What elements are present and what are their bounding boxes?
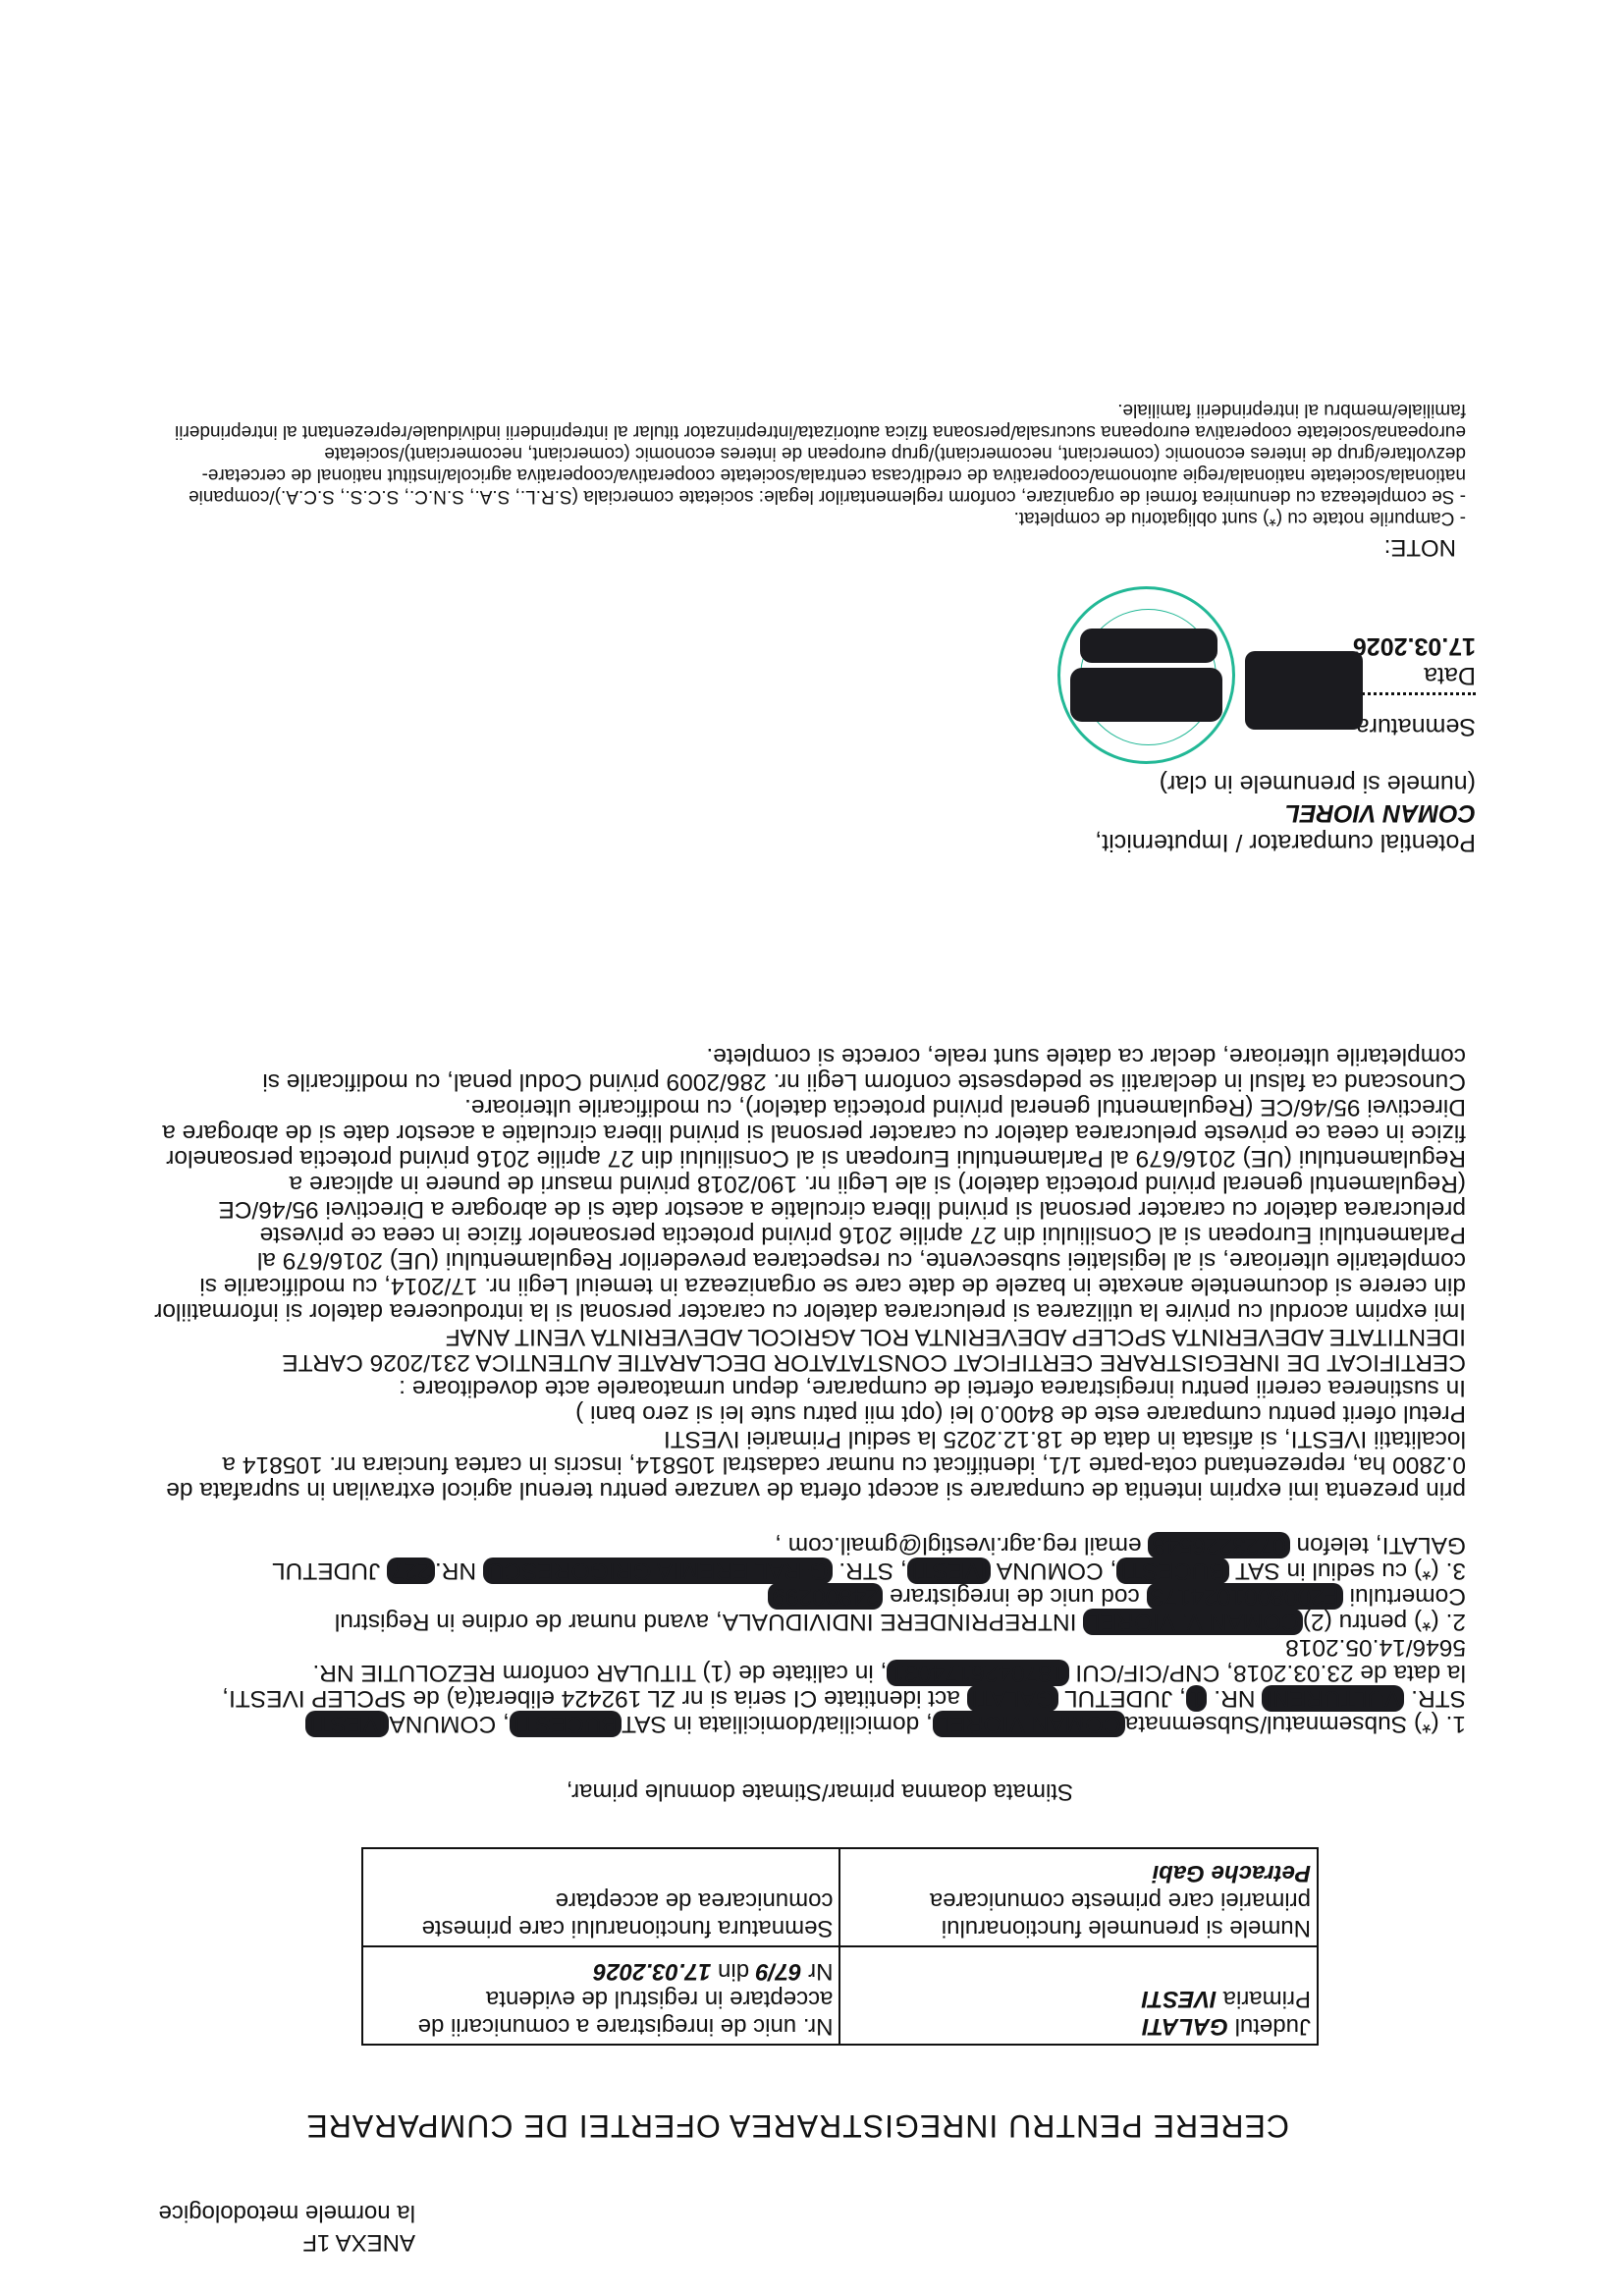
- company-stamp-icon: [1057, 586, 1235, 764]
- registration-number: 67/9: [756, 1958, 802, 1985]
- redacted-signature: [1245, 651, 1363, 730]
- official-name-cell: Numele si prenumele functionarului prima…: [840, 1848, 1319, 1946]
- declaration: Cunoscand ca falsul in declaratii se ped…: [145, 1043, 1466, 1094]
- signer-role: Potential cumparator / Imputernicit,: [1095, 828, 1476, 857]
- redacted-trade-register: F2008001024173: [1147, 1583, 1343, 1610]
- notes-title: NOTE:: [150, 536, 1456, 558]
- section-1: 1. (*) Subsemnatul/SubsemnataCOMAN VIORE…: [145, 1634, 1466, 1736]
- note-2: - Se completeaza cu denumirea formei de …: [150, 399, 1466, 507]
- county-value: GALATI: [1142, 2013, 1228, 2040]
- note-1: - Campurile notate cu (*) sunt obligator…: [150, 507, 1466, 528]
- official-name: Petrache Gabi: [1153, 1860, 1311, 1886]
- section-3: 3. (*) cu sediul in SAT BUCESTI, COMUNA …: [145, 1532, 1466, 1583]
- redacted-county: GALATI: [967, 1685, 1058, 1712]
- documents-list: CERTIFICAT DE INREGISTRARE CERTIFICAT CO…: [145, 1324, 1466, 1375]
- town-hall-value: IVESTI: [1142, 1986, 1217, 2012]
- redacted-village: BUCESTI: [510, 1711, 622, 1737]
- scanned-form-page: ANEXA 1F la normele metodologice CERERE …: [0, 0, 1623, 2296]
- redacted-street: G-RAL EREMIA GRIGORESCU: [483, 1558, 833, 1584]
- signer-name: COMAN VIOREL: [1285, 799, 1476, 827]
- redacted-cui: 24800299: [768, 1583, 883, 1610]
- documents-intro: In sustinerea cererii pentru inregistrar…: [145, 1375, 1466, 1400]
- document-title: CERERE PENTRU INREGISTRAREA OFERTEI DE C…: [305, 2107, 1289, 2144]
- registration-cell: Nr. unic de inregistrare a comunicarii d…: [362, 1946, 840, 2045]
- form-body: 1. (*) Subsemnatul/SubsemnataCOMAN VIORE…: [145, 1043, 1466, 1736]
- redacted-commune: IVESTI: [305, 1711, 390, 1737]
- notes-section: NOTE: - Campurile notate cu (*) sunt obl…: [150, 399, 1466, 558]
- salutation: Stimata doamna primar/Stimate domnule pr…: [567, 1777, 1073, 1805]
- offer-paragraph: prin prezenta imi exprim intentia de cum…: [145, 1426, 1466, 1503]
- signer-name-hint: (numele si prenumele in clar): [1095, 769, 1476, 798]
- registry-table: Judetul GALATI Primaria IVESTI Nr. unic …: [361, 1847, 1319, 2046]
- redacted-phone: 0723226548: [1148, 1532, 1289, 1558]
- county-cell: Judetul GALATI Primaria IVESTI: [840, 1946, 1319, 2045]
- registration-date: 17.03.2026: [593, 1958, 711, 1985]
- annex-header: ANEXA 1F la normele metodologice: [159, 2198, 415, 2257]
- official-signature-cell: Semnatura functionarului care primeste c…: [362, 1848, 840, 1946]
- redacted-commune: IVESTI: [907, 1558, 992, 1584]
- annex-label: ANEXA 1F: [159, 2227, 415, 2257]
- gdpr-consent: Imi exprim acordul cu privire la utiliza…: [145, 1094, 1466, 1324]
- redacted-street: VULTURENI: [1262, 1685, 1404, 1712]
- redacted-number: 227: [387, 1558, 435, 1584]
- date-value: 17.03.2026: [1353, 632, 1476, 660]
- redacted-cnp: 1870426174031: [887, 1660, 1068, 1686]
- annex-subtitle: la normele metodologice: [159, 2198, 415, 2227]
- redacted-company: COMAN V. VIOREL: [1083, 1609, 1303, 1635]
- redacted-number: 1: [1186, 1685, 1208, 1712]
- offer-price: Pretul oferit pentru cumparare este de 8…: [145, 1400, 1466, 1426]
- redacted-village: BUCESTI: [1116, 1558, 1228, 1584]
- redacted-name: COMAN VIOREL: [933, 1711, 1125, 1737]
- section-2: 2. (*) pentru (2)COMAN V. VIOREL INTREPR…: [145, 1583, 1466, 1634]
